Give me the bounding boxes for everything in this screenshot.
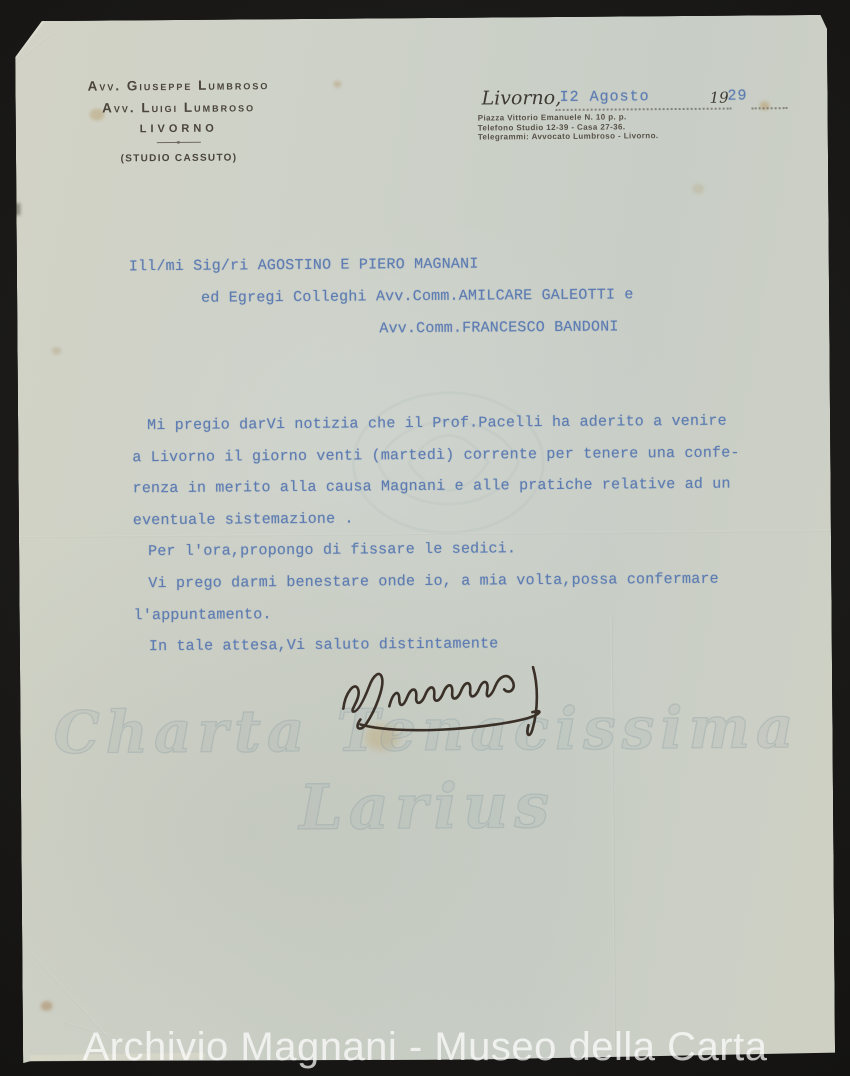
dotted-rule: [752, 107, 788, 109]
letter-body: Mi pregio darVi notizia che il Prof.Pace…: [132, 405, 754, 663]
paper-edge-nick: [14, 203, 20, 215]
signature-scrawl: [335, 655, 591, 749]
archive-caption: Archivio Magnani - Museo della Carta: [0, 1025, 850, 1070]
scanned-letter-photo: Charta Tenacissima Larius Avv. Giuseppe …: [0, 0, 850, 1076]
typed-year: 29: [727, 87, 747, 104]
foxing-stain: [41, 1001, 53, 1011]
foxing-stain: [51, 347, 61, 355]
foxing-stain: [333, 81, 341, 88]
contact-telegram: Telegrammi: Avvocato Lumbroso - Livorno.: [478, 131, 659, 142]
dateline: Livorno, I2 Agosto 19 29: [477, 83, 807, 116]
letterhead-studio: (STUDIO CASSUTO): [59, 152, 299, 165]
body-line: l'appuntamento.: [133, 595, 753, 631]
body-line: eventuale sistemazione .: [133, 500, 753, 536]
letterhead-block: Avv. Giuseppe Lumbroso Avv. Luigi Lumbro…: [58, 77, 299, 165]
dateline-place: Livorno,: [481, 87, 561, 110]
typed-date: I2 Agosto: [559, 88, 649, 106]
recipient-line-1: Ill/mi Sig/ri AGOSTINO E PIERO MAGNANI: [129, 256, 479, 276]
body-line: a Livorno il giorno venti (martedì) corr…: [132, 437, 752, 473]
body-line: Mi pregio darVi notizia che il Prof.Pace…: [132, 405, 752, 441]
body-line: renza in merito alla causa Magnani e all…: [132, 469, 752, 505]
letterhead-city: LIVORNO: [59, 122, 299, 136]
letter-sheet: Charta Tenacissima Larius Avv. Giuseppe …: [15, 15, 835, 1063]
letterhead-name-2: Avv. Luigi Lumbroso: [59, 99, 299, 116]
letterhead-divider: [157, 142, 201, 143]
dotted-rule: [556, 108, 732, 111]
contact-block: Piazza Vittorio Emanuele N. 10 p. p. Tel…: [478, 112, 659, 142]
letterhead-name-1: Avv. Giuseppe Lumbroso: [58, 77, 298, 94]
recipient-line-3: Avv.Comm.FRANCESCO BANDONI: [379, 318, 618, 337]
foxing-stain: [692, 184, 704, 194]
body-line: Per l'ora,propongo di fissare le sedici.: [133, 532, 753, 568]
paper-watermark-line2: Larius: [21, 767, 834, 846]
vertical-fold-crease: [611, 617, 616, 1055]
printed-year-prefix: 19: [709, 89, 728, 107]
recipient-line-2: ed Egregi Colleghi Avv.Comm.AMILCARE GAL…: [201, 286, 634, 306]
body-line: Vi prego darmi benestare onde io, a mia …: [133, 563, 753, 599]
